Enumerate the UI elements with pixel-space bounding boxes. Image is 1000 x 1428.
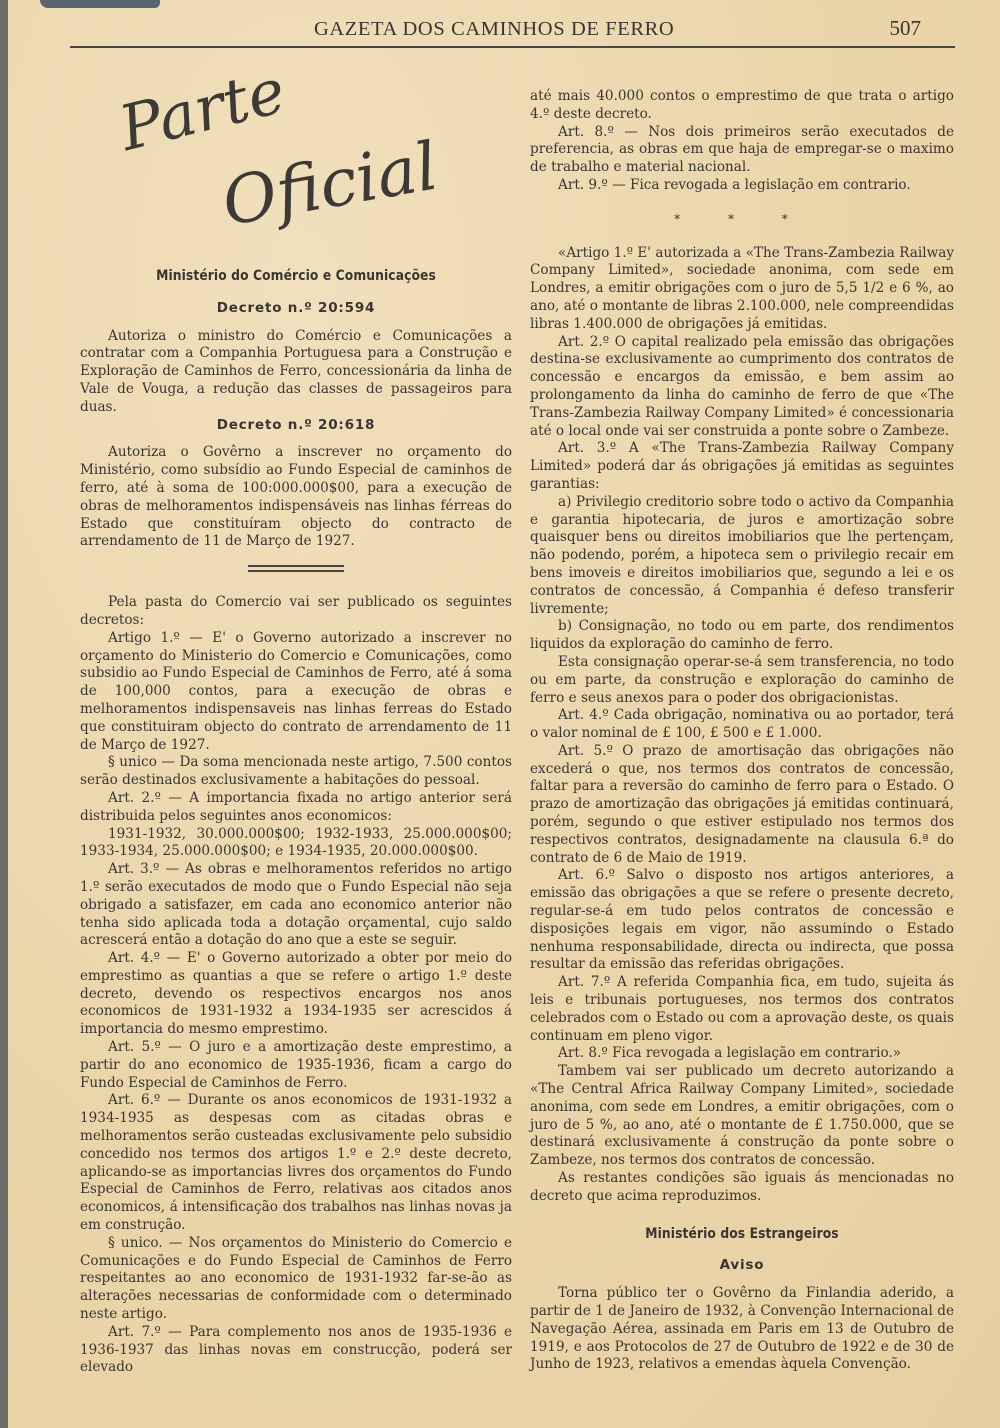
section-divider [248,565,344,572]
article-paragraph: a) Privilegio creditorio sobre todo o ac… [530,494,954,619]
article-paragraph: § unico — Da soma mencionada neste artig… [80,754,512,790]
article-paragraph: b) Consignação, no todo ou em parte, dos… [530,618,954,654]
article-paragraph: Art. 3.º — As obras e melhoramentos refe… [80,861,512,950]
article-paragraph: Art. 4.º — E' o Governo autorizado a obt… [80,950,512,1039]
article-paragraph: Pela pasta do Comercio vai ser publicado… [80,594,512,630]
ministry-heading: Ministério do Comércio e Comunicações [106,268,486,286]
article-paragraph: Art. 6.º Salvo o disposto nos artigos an… [530,867,954,974]
article-paragraph: Tambem vai ser publicado um decreto auto… [530,1063,954,1170]
article-paragraph: Art. 2.º O capital realizado pela emissã… [530,334,954,441]
article-paragraph: As restantes condições são iguais ás men… [530,1170,954,1206]
page-number: 507 [890,16,922,41]
decree-title: Decreto n.º 20:594 [80,300,512,318]
continued-paragraph: até mais 40.000 contos o emprestimo de q… [530,88,954,124]
article-paragraph: Art. 3.º A «The Trans-Zambezia Railway C… [530,440,954,493]
section-title-line2: Oficial [217,128,444,241]
decree-summary: Autoriza o Govêrno a inscrever no orçame… [80,444,512,551]
scan-mark [40,0,160,8]
decree-summary: Autoriza o ministro do Comércio e Comuni… [80,328,512,417]
article-paragraph: Art. 8.º — Nos dois primeiros serão exec… [530,124,954,177]
article-paragraph: Art. 6.º — Durante os anos economicos de… [80,1092,512,1234]
decree-title: Decreto n.º 20:618 [80,417,512,435]
page-header: GAZETA DOS CAMINHOS DE FERRO 507 [70,14,955,48]
article-paragraph: § unico. — Nos orçamentos do Ministerio … [80,1235,512,1324]
article-paragraph: Art. 5.º — O juro e a amortização deste … [80,1039,512,1092]
article-paragraph: Art. 2.º — A importancia fixada no artig… [80,790,512,826]
ministry-heading: Ministério dos Estrangeiros [555,1226,928,1244]
page-edge [0,0,8,1428]
article-paragraph: 1931-1932, 30.000.000$00; 1932-1933, 25.… [80,826,512,862]
article-paragraph: Art. 8.º Fica revogada a legislação em c… [530,1045,954,1063]
right-column: até mais 40.000 contos o emprestimo de q… [530,88,954,1374]
article-paragraph: Esta consignação operar-se-á sem transfe… [530,654,954,707]
asterism-separator: * * * [530,211,954,229]
article-paragraph: Art. 4.º Cada obrigação, nominativa ou a… [530,707,954,743]
notice-text: Torna público ter o Govêrno da Finlandia… [530,1285,954,1374]
publication-title: GAZETA DOS CAMINHOS DE FERRO [314,18,674,41]
section-title-parte-oficial: Parte Oficial [120,92,450,262]
article-paragraph: Artigo 1.º — E' o Governo autorizado a i… [80,630,512,755]
article-paragraph: Art. 9.º — Fica revogada a legislação em… [530,177,954,195]
section-title-line1: Parte [112,54,292,165]
article-paragraph: «Artigo 1.º E' autorizada a «The Trans-Z… [530,245,954,334]
left-column: Ministério do Comércio e Comunicações De… [80,268,512,1377]
notice-title: Aviso [530,1257,954,1275]
article-paragraph: Art. 5.º O prazo de amortisação das obri… [530,743,954,868]
article-paragraph: Art. 7.º A referida Companhia fica, em t… [530,974,954,1045]
article-paragraph: Art. 7.º — Para complemento nos anos de … [80,1324,512,1377]
